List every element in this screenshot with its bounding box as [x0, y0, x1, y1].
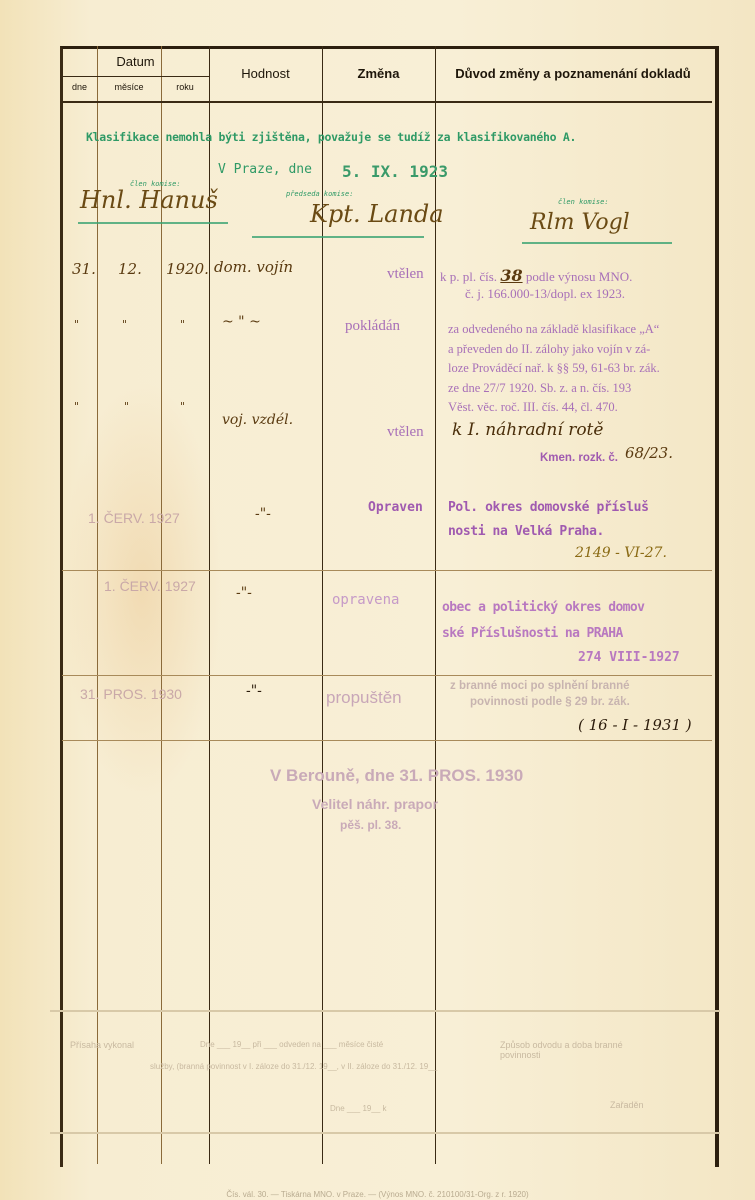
entry4-ref: 2149 - VI-27.: [575, 545, 667, 561]
signature-center: Kpt. Landa: [310, 200, 444, 228]
entry2-hodnost: ~ " ~: [222, 314, 261, 330]
datum-subheader-line: [62, 76, 209, 77]
row-divider: [62, 570, 712, 571]
header-duvod: Důvod změny a poznamenání dokladů: [435, 66, 711, 81]
member-label-right: člen komise:: [558, 198, 609, 206]
entry5-zmena: opravena: [332, 592, 399, 608]
entry2-duvod-line: a převeden do II. zálohy jako vojín v zá…: [448, 340, 710, 360]
entry1-duvod-line2: č. j. 166.000-13/dopl. ex 1923.: [465, 286, 625, 302]
entry1-dne: 31.: [72, 260, 96, 278]
entry4-duvod-line: Pol. okres domovské přísluš: [448, 500, 649, 515]
entry1-zmena: vtělen: [387, 266, 424, 283]
header-roku: roku: [161, 82, 209, 92]
entry4-duvod-line: nosti na Velká Praha.: [448, 524, 604, 539]
entry6-date-stamp: 31. PROS. 1930: [80, 686, 182, 702]
entry1-ref-suffix: podle výnosu MNO.: [526, 269, 633, 284]
stamp-place-date-prefix: V Praze, dne: [218, 162, 312, 177]
entry2-duvod-line: za odvedeného na základě klasifikace „A“: [448, 320, 710, 340]
entry6-duvod-line: z branné moci po splnění branné: [450, 680, 630, 692]
row35-label: Způsob odvodu a doba branné povinnosti: [500, 1040, 650, 1060]
entry3-ref: 68/23.: [625, 444, 673, 462]
chair-label: předseda komise:: [286, 190, 353, 198]
entry4-zmena: Opraven: [368, 500, 423, 515]
entry3-roku: ": [180, 400, 185, 413]
header-zmena: Změna: [322, 66, 435, 81]
entry6-duvod-line: povinnosti podle § 29 br. zák.: [470, 696, 630, 708]
entry3-duvod-hand: k I. náhradní rotě: [452, 420, 603, 440]
entry2-roku: ": [180, 318, 185, 331]
entry2-duvod-line: Věst. věc. roč. III. čís. 44, čl. 470.: [448, 398, 710, 418]
entry5-ref: 274 VIII-1927: [578, 650, 680, 665]
entry1-mesice: 12.: [118, 260, 142, 278]
row-divider: [62, 675, 712, 676]
entry1-duvod-line1: k p. pl. čís. 38 podle výnosu MNO.: [440, 266, 632, 285]
bottom-form: Způsob odvodu a doba branné povinnosti D…: [50, 1010, 720, 1134]
closing-title-line1: Velitel náhr. prapor: [312, 796, 438, 812]
entry4-hodnost: -"-: [255, 506, 271, 522]
header-datum: Datum: [62, 54, 209, 69]
entry6-zmena: propuštěn: [326, 688, 402, 708]
entry3-dne: ": [74, 400, 79, 413]
entry1-ref-number: 38: [500, 266, 522, 285]
entry5-duvod-line: obec a politický okres domov: [442, 600, 644, 615]
header-mesice: měsíce: [97, 82, 161, 92]
entry2-zmena: pokládán: [345, 318, 400, 335]
entry3-ref-prefix: Kmen. rozk. č.: [540, 452, 618, 464]
classification-stamp-text: Klasifikace nemohla býti zjištěna, považ…: [86, 130, 576, 144]
entry1-hodnost: dom. vojín: [214, 258, 293, 276]
header-bottom-line: [62, 101, 712, 103]
entry2-mesice: ": [122, 318, 127, 331]
closing-title-line2: pěš. pl. 38.: [340, 818, 401, 832]
signature-line-left: [78, 222, 228, 224]
entry2-duvod: za odvedeného na základě klasifikace „A“…: [448, 320, 710, 418]
entry5-date-stamp: 1. ČERV. 1927: [104, 578, 196, 594]
signature-left: Hnl. Hanuš: [80, 186, 218, 214]
print-footer: Čís. vál. 30. — Tiskárna MNO. v Praze. —…: [0, 1190, 755, 1199]
entry4-date-stamp: 1. ČERV. 1927: [88, 510, 180, 526]
header-hodnost: Hodnost: [209, 66, 322, 81]
signature-line-center: [252, 236, 424, 238]
signature-line-right: [522, 242, 672, 244]
closing-place-date: V Berouně, dne 31. PROS. 1930: [270, 766, 523, 786]
row36-label: Zařaděn: [610, 1100, 644, 1110]
header-dne: dne: [62, 82, 97, 92]
entry1-roku: 1920.: [166, 260, 209, 278]
stamp-date: 5. IX. 1923: [342, 162, 448, 181]
row-divider: [62, 740, 712, 741]
entry3-mesice: ": [124, 400, 129, 413]
row37-label: Přísaha vykonal: [70, 1040, 134, 1050]
entry6-hodnost: -"-: [246, 683, 262, 699]
row36-text: Dne ___ 19__ k: [330, 1104, 387, 1113]
entry2-duvod-line: ze dne 27/7 1920. Sb. z. a n. čís. 193: [448, 379, 710, 399]
entry3-hodnost: voj. vzdél.: [222, 412, 293, 428]
entry6-ref: ( 16 - I - 1931 ): [578, 716, 692, 734]
entry1-ref-prefix: k p. pl. čís.: [440, 269, 497, 284]
entry2-duvod-line: loze Prováděcí nař. k §§ 59, 61-63 br. z…: [448, 359, 710, 379]
row35-text2: služby, (branná povinnost v I. záloze do…: [150, 1062, 437, 1071]
entry2-dne: ": [74, 318, 79, 331]
entry5-hodnost: -"-: [236, 585, 252, 601]
entry5-duvod-line: ské Příslušnosti na PRAHA: [442, 626, 623, 641]
row35-text1: Dne ___ 19__ při ___ odveden na ___ měsí…: [200, 1040, 383, 1049]
signature-right: Rlm Vogl: [530, 210, 630, 235]
entry3-zmena: vtělen: [387, 424, 424, 441]
